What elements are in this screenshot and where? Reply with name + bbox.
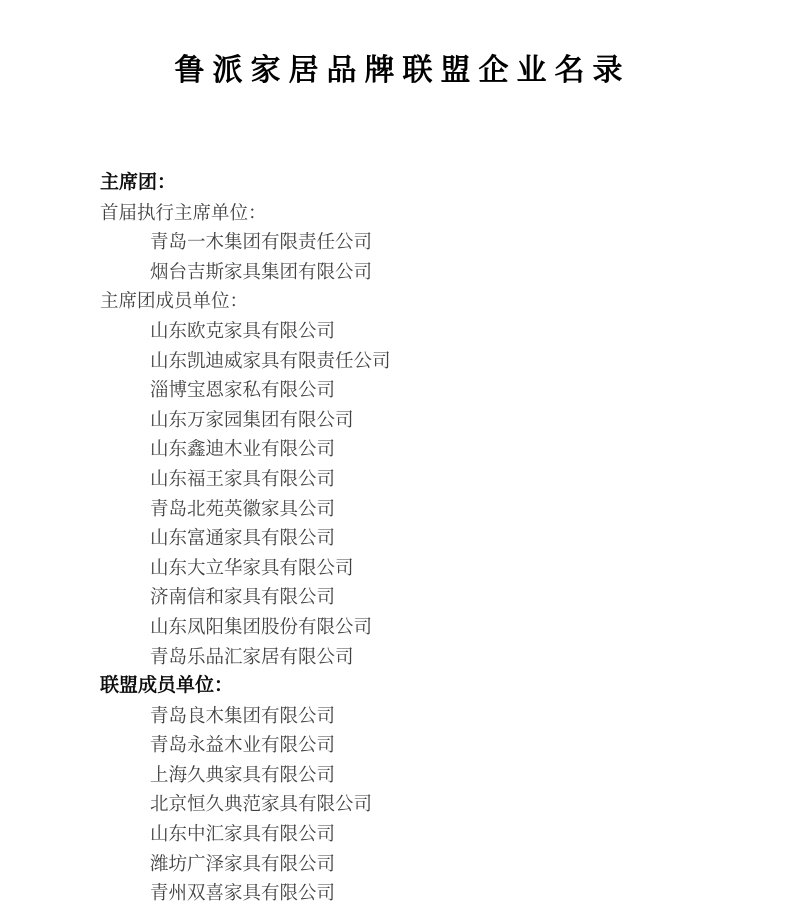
- company-row: 北京恒久典范家具有限公司: [100, 789, 740, 819]
- company-row: 青岛乐品汇家居有限公司: [100, 642, 740, 672]
- directory-content: 主席团： 首届执行主席单位： 青岛一木集团有限责任公司 烟台吉斯家具集团有限公司…: [100, 168, 740, 908]
- company-row: 山东大立华家具有限公司: [100, 553, 740, 583]
- company-row: 潍坊广泽家具有限公司: [100, 849, 740, 879]
- company-row: 青岛北苑英徽家具公司: [100, 494, 740, 524]
- company-row: 青岛一木集团有限责任公司: [100, 227, 740, 257]
- company-row: 山东凯迪威家具有限责任公司: [100, 346, 740, 376]
- company-row: 山东中汇家具有限公司: [100, 819, 740, 849]
- subsection-label-chairman-group-member-units: 主席团成员单位：: [100, 286, 740, 316]
- company-row: 青州双喜家具有限公司: [100, 878, 740, 908]
- section-heading-alliance-member-units: 联盟成员单位：: [100, 671, 740, 701]
- company-row: 上海久典家具有限公司: [100, 760, 740, 790]
- document-page: 鲁派家居品牌联盟企业名录 主席团： 首届执行主席单位： 青岛一木集团有限责任公司…: [0, 0, 797, 908]
- company-row: 青岛永益木业有限公司: [100, 730, 740, 760]
- company-row: 淄博宝恩家私有限公司: [100, 375, 740, 405]
- company-row: 济南信和家具有限公司: [100, 582, 740, 612]
- company-row: 青岛良木集团有限公司: [100, 701, 740, 731]
- company-row: 山东欧克家具有限公司: [100, 316, 740, 346]
- company-row: 烟台吉斯家具集团有限公司: [100, 257, 740, 287]
- section-heading-chairman-group: 主席团：: [100, 168, 740, 198]
- company-row: 山东鑫迪木业有限公司: [100, 434, 740, 464]
- company-row: 山东万家园集团有限公司: [100, 405, 740, 435]
- document-title: 鲁派家居品牌联盟企业名录: [0, 54, 797, 88]
- subsection-label-first-executive-chair-units: 首届执行主席单位：: [100, 198, 740, 228]
- company-row: 山东凤阳集团股份有限公司: [100, 612, 740, 642]
- company-row: 山东福王家具有限公司: [100, 464, 740, 494]
- company-row: 山东富通家具有限公司: [100, 523, 740, 553]
